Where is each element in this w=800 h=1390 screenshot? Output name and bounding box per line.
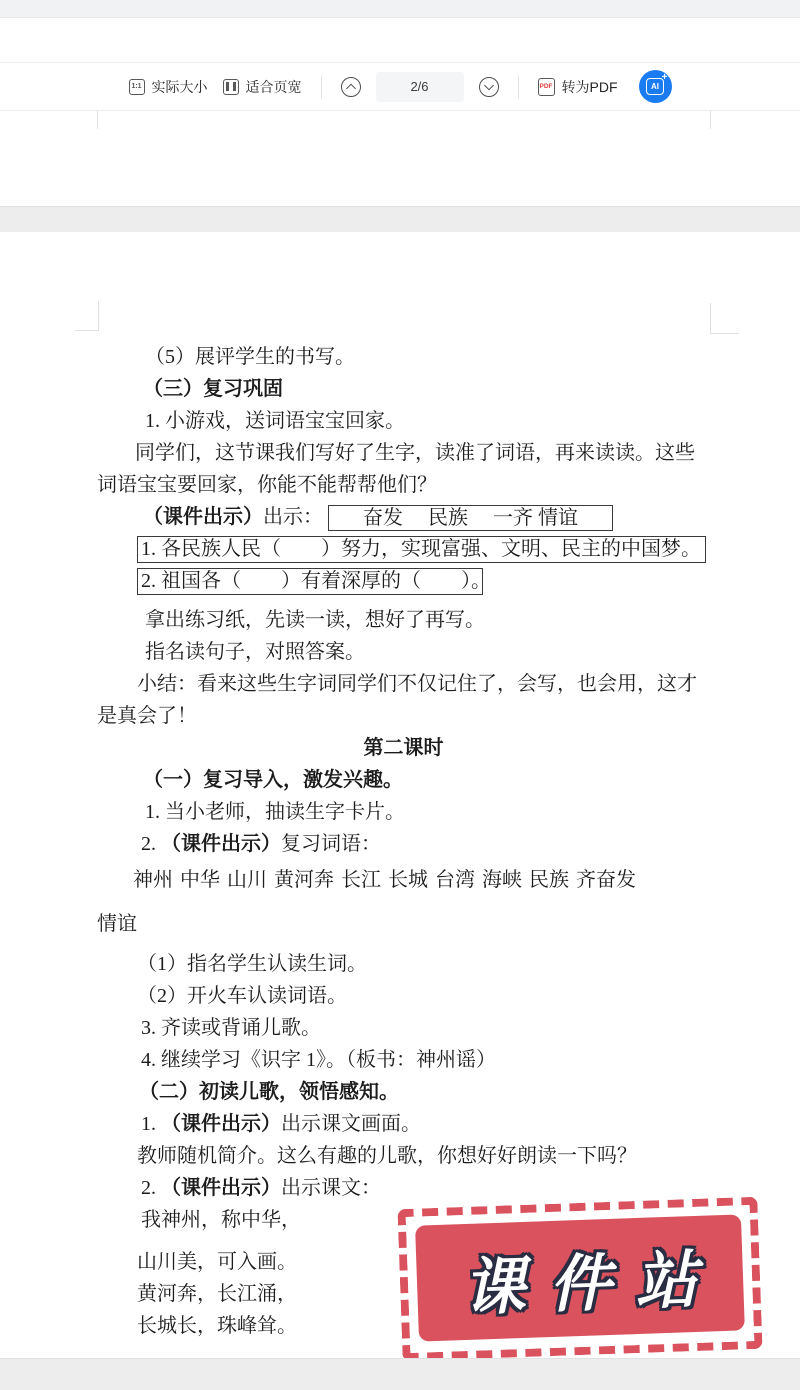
doc-line: 1. 小游戏，送词语宝宝回家。 [97,405,710,437]
doc-text: 2. [141,833,161,855]
doc-text: 是真会了！ [97,705,197,727]
text-boundary-mark [75,301,99,331]
doc-line: （2）开火车认读词语。 [97,980,710,1012]
chevron-down-icon [484,80,494,90]
doc-text: 1. 各民族人民（ ）努力，实现富强、文明、民主的中国梦。 [141,538,701,560]
prev-page-boundary-mark [97,110,98,129]
page-indicator[interactable]: 2/6 [376,72,464,102]
doc-line: 1. 当小老师，抽读生字卡片。 [97,796,710,828]
doc-text: 2. [141,1177,161,1199]
doc-text: （课件出示） [143,506,263,528]
doc-text: 出示课文画面。 [281,1113,421,1135]
prev-page-button[interactable] [341,77,361,97]
doc-text: （课件出示） [161,1177,281,1199]
doc-text: 我神州，称中华， [141,1209,301,1231]
stamp-text: 课件站 [461,1229,722,1327]
doc-line: （1）指名学生认读生词。 [97,948,710,980]
doc-line: （一）复习导入，激发兴趣。 [97,764,710,796]
doc-text: （课件出示） [161,833,281,855]
next-page-button[interactable] [479,77,499,97]
doc-line: 第二课时 [97,732,710,764]
doc-line: 词语宝宝要回家，你能不能帮帮他们？ [97,469,710,501]
doc-text: 同学们，这节课我们写好了生字，读准了词语，再来读读。这些 [135,442,695,464]
text-box: 1. 各民族人民（ ）努力，实现富强、文明、民主的中国梦。 [137,536,706,563]
toolbar-divider [321,75,322,99]
doc-text: 出示课文： [281,1177,381,1199]
doc-line: 拿出练习纸，先读一读，想好了再写。 [97,604,710,636]
doc-line: 2. 祖国各（ ）有着深厚的（ ）。 [97,565,710,597]
stamp-body: 课件站 [415,1214,745,1341]
doc-text: 教师随机简介。这么有趣的儿歌，你想好好朗读一下吗？ [137,1145,637,1167]
doc-text: 复习词语： [281,833,381,855]
pdf-viewer: 1:1 实际大小 适合页宽 2/6 PDF 转为PDF AI + [0,0,800,1390]
doc-text: （课件出示） [161,1113,281,1135]
doc-line: 2. （课件出示）复习词语： [97,828,710,860]
doc-text: 黄河奔，长江涌， [137,1283,297,1305]
doc-line: 情谊 [97,908,710,940]
doc-line: （二）初读儿歌，领悟感知。 [97,1076,710,1108]
page-indicator-text: 2/6 [410,79,428,94]
doc-text: （三）复习巩固 [143,378,283,400]
doc-text: （二）初读儿歌，领悟感知。 [139,1081,399,1103]
doc-line: 教师随机简介。这么有趣的儿歌，你想好好朗读一下吗？ [97,1140,710,1172]
doc-text: 4. 继续学习《识字 1》。（板书：神州谣） [141,1049,496,1071]
doc-text: 第二课时 [364,737,444,759]
doc-text: 1. 当小老师，抽读生字卡片。 [145,801,405,823]
fit-width-button[interactable]: 适合页宽 [223,77,302,97]
doc-text: 小结：看来这些生字词同学们不仅记住了，会写，也会用，这才 [137,673,697,695]
doc-line: （三）复习巩固 [97,373,710,405]
doc-text: 山川美，可入画。 [137,1251,297,1273]
doc-line: 4. 继续学习《识字 1》。（板书：神州谣） [97,1044,710,1076]
convert-to-pdf-label: 转为PDF [562,77,618,97]
doc-text: 1. 小游戏，送词语宝宝回家。 [145,410,405,432]
actual-size-button[interactable]: 1:1 实际大小 [129,77,208,97]
doc-line: 3. 齐读或背诵儿歌。 [97,1012,710,1044]
ai-plus-icon: + [662,73,668,83]
word-box: 奋发 民族 一齐 情谊 [328,505,613,531]
doc-line: 小结：看来这些生字词同学们不仅记住了，会写，也会用，这才 [97,668,710,700]
chevron-up-icon [346,83,356,93]
doc-text: （5）展评学生的书写。 [145,346,355,368]
doc-line: 1. 各民族人民（ ）努力，实现富强、文明、民主的中国梦。 [97,533,710,565]
doc-line: 指名读句子，对照答案。 [97,636,710,668]
doc-text: 1. [141,1113,161,1135]
app-top-strip [0,0,800,18]
doc-line: （课件出示）出示：奋发 民族 一齐 情谊 [97,501,710,533]
doc-text: 3. 齐读或背诵儿歌。 [141,1017,321,1039]
actual-size-label: 实际大小 [152,77,208,97]
doc-line: 同学们，这节课我们写好了生字，读准了词语，再来读读。这些 [97,437,710,469]
doc-text: 词语宝宝要回家，你能不能帮帮他们？ [97,474,437,496]
page-gap [0,206,800,234]
actual-size-icon: 1:1 [129,79,145,95]
doc-text: （一）复习导入，激发兴趣。 [143,769,403,791]
doc-line: （5）展评学生的书写。 [97,341,710,373]
viewer-toolbar: 1:1 实际大小 适合页宽 2/6 PDF 转为PDF AI + [0,62,800,111]
convert-to-pdf-button[interactable]: PDF 转为PDF [538,77,618,97]
document-content: （5）展评学生的书写。（三）复习巩固1. 小游戏，送词语宝宝回家。同学们，这节课… [97,341,710,1342]
text-box: 2. 祖国各（ ）有着深厚的（ ）。 [137,568,483,595]
kejianzhan-stamp-watermark: 课件站 [397,1197,762,1361]
doc-text: 情谊 [97,913,137,935]
page-gap [0,1358,800,1390]
doc-text: 长城长，珠峰耸。 [137,1315,297,1337]
doc-text: 2. 祖国各（ ）有着深厚的（ ）。 [141,570,491,592]
doc-text: 拿出练习纸，先读一读，想好了再写。 [145,609,485,631]
doc-line: 1. （课件出示）出示课文画面。 [97,1108,710,1140]
toolbar-divider [518,75,519,99]
doc-text: 出示： [263,506,323,528]
fit-width-label: 适合页宽 [246,77,302,97]
pdf-icon: PDF [538,78,555,96]
doc-text: （1）指名学生认读生词。 [137,953,367,975]
text-boundary-mark [710,303,739,334]
document-page: （5）展评学生的书写。（三）复习巩固1. 小游戏，送词语宝宝回家。同学们，这节课… [0,232,800,1358]
ai-assistant-button[interactable]: AI + [639,70,672,103]
fit-width-icon [223,79,239,95]
doc-text: （2）开火车认读词语。 [137,985,347,1007]
doc-text: 神州 中华 山川 黄河奔 长江 长城 台湾 海峡 民族 齐奋发 [133,869,636,891]
doc-text: 指名读句子，对照答案。 [145,641,365,663]
doc-line: 是真会了！ [97,700,710,732]
prev-page-boundary-mark [710,110,711,129]
doc-line: 神州 中华 山川 黄河奔 长江 长城 台湾 海峡 民族 齐奋发 [97,864,710,896]
doc-line: 2. （课件出示）出示课文： [97,1172,710,1204]
